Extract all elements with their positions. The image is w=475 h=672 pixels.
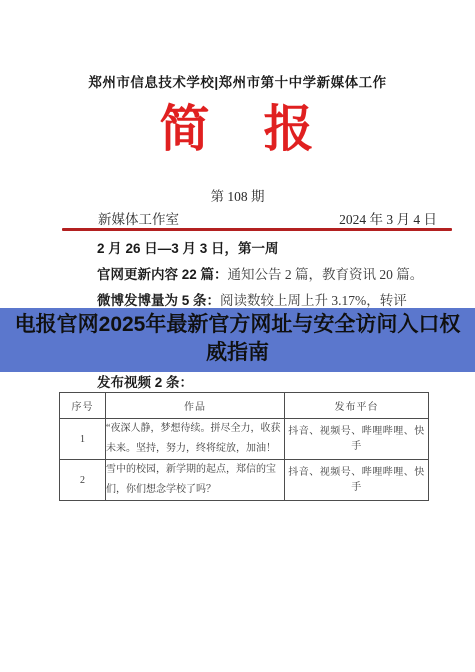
- website-update-label: 官网更新内容 22 篇：: [97, 267, 228, 282]
- red-divider-rule: [62, 228, 452, 231]
- bulletin-title: 简 报: [0, 99, 475, 159]
- weibo-post-value: 阅读数较上周上升 3.17%，转评: [220, 293, 407, 308]
- issue-number: 第 108 期: [0, 185, 475, 205]
- bulletin-page: 郑州市信息技术学校|郑州市第十中学新媒体工作 简 报 第 108 期 新媒体工作…: [0, 0, 475, 672]
- header-work: 作品: [106, 393, 285, 419]
- video-count-line: 发布视频 2 条：: [97, 375, 443, 391]
- table-row: 2 雪中的校园，新学期的起点，郑信的宝们，你们想念学校了吗？ 抖音、视频号、哔哩…: [60, 460, 429, 501]
- row1-serial: 1: [60, 419, 106, 460]
- table-row: 1 “夜深人静，梦想待续。拼尽全力，收获未来。坚持，努力，终将绽放，加油！ 抖音…: [60, 419, 429, 460]
- department-name: 新媒体工作室: [98, 208, 179, 228]
- row1-work: “夜深人静，梦想待续。拼尽全力，收获未来。坚持，努力，终将绽放，加油！: [106, 419, 285, 460]
- publish-date: 2024 年 3 月 4 日: [339, 208, 437, 228]
- row2-work: 雪中的校园，新学期的起点，郑信的宝们，你们想念学校了吗？: [106, 460, 285, 501]
- published-videos-table: 序号 作品 发布平台 1 “夜深人静，梦想待续。拼尽全力，收获未来。坚持，努力，…: [59, 392, 429, 501]
- row2-platform: 抖音、视频号、哔哩哔哩、快手: [285, 460, 429, 501]
- weibo-post-label: 微博发博量为 5 条：: [97, 293, 220, 308]
- website-update-stat: 官网更新内容 22 篇：通知公告 2 篇，教育资讯 20 篇。: [97, 267, 443, 283]
- weibo-post-stat: 微博发博量为 5 条：阅读数较上周上升 3.17%，转评: [97, 293, 443, 309]
- website-update-value: 通知公告 2 篇，教育资讯 20 篇。: [228, 267, 424, 282]
- row2-serial: 2: [60, 460, 106, 501]
- header-serial-number: 序号: [60, 393, 106, 419]
- row1-platform: 抖音、视频号、哔哩哔哩、快手: [285, 419, 429, 460]
- organization-header: 郑州市信息技术学校|郑州市第十中学新媒体工作: [0, 71, 475, 91]
- table-header-row: 序号 作品 发布平台: [60, 393, 429, 419]
- week-range-line: 2 月 26 日—3 月 3 日，第一周: [97, 241, 443, 257]
- overlay-ad-banner: 电报官网2025年最新官方网址与安全访问入口权威指南: [0, 308, 475, 372]
- header-platform: 发布平台: [285, 393, 429, 419]
- meta-row: 新媒体工作室 2024 年 3 月 4 日: [98, 208, 437, 228]
- overlay-ad-text: 电报官网2025年最新官方网址与安全访问入口权威指南: [6, 311, 469, 367]
